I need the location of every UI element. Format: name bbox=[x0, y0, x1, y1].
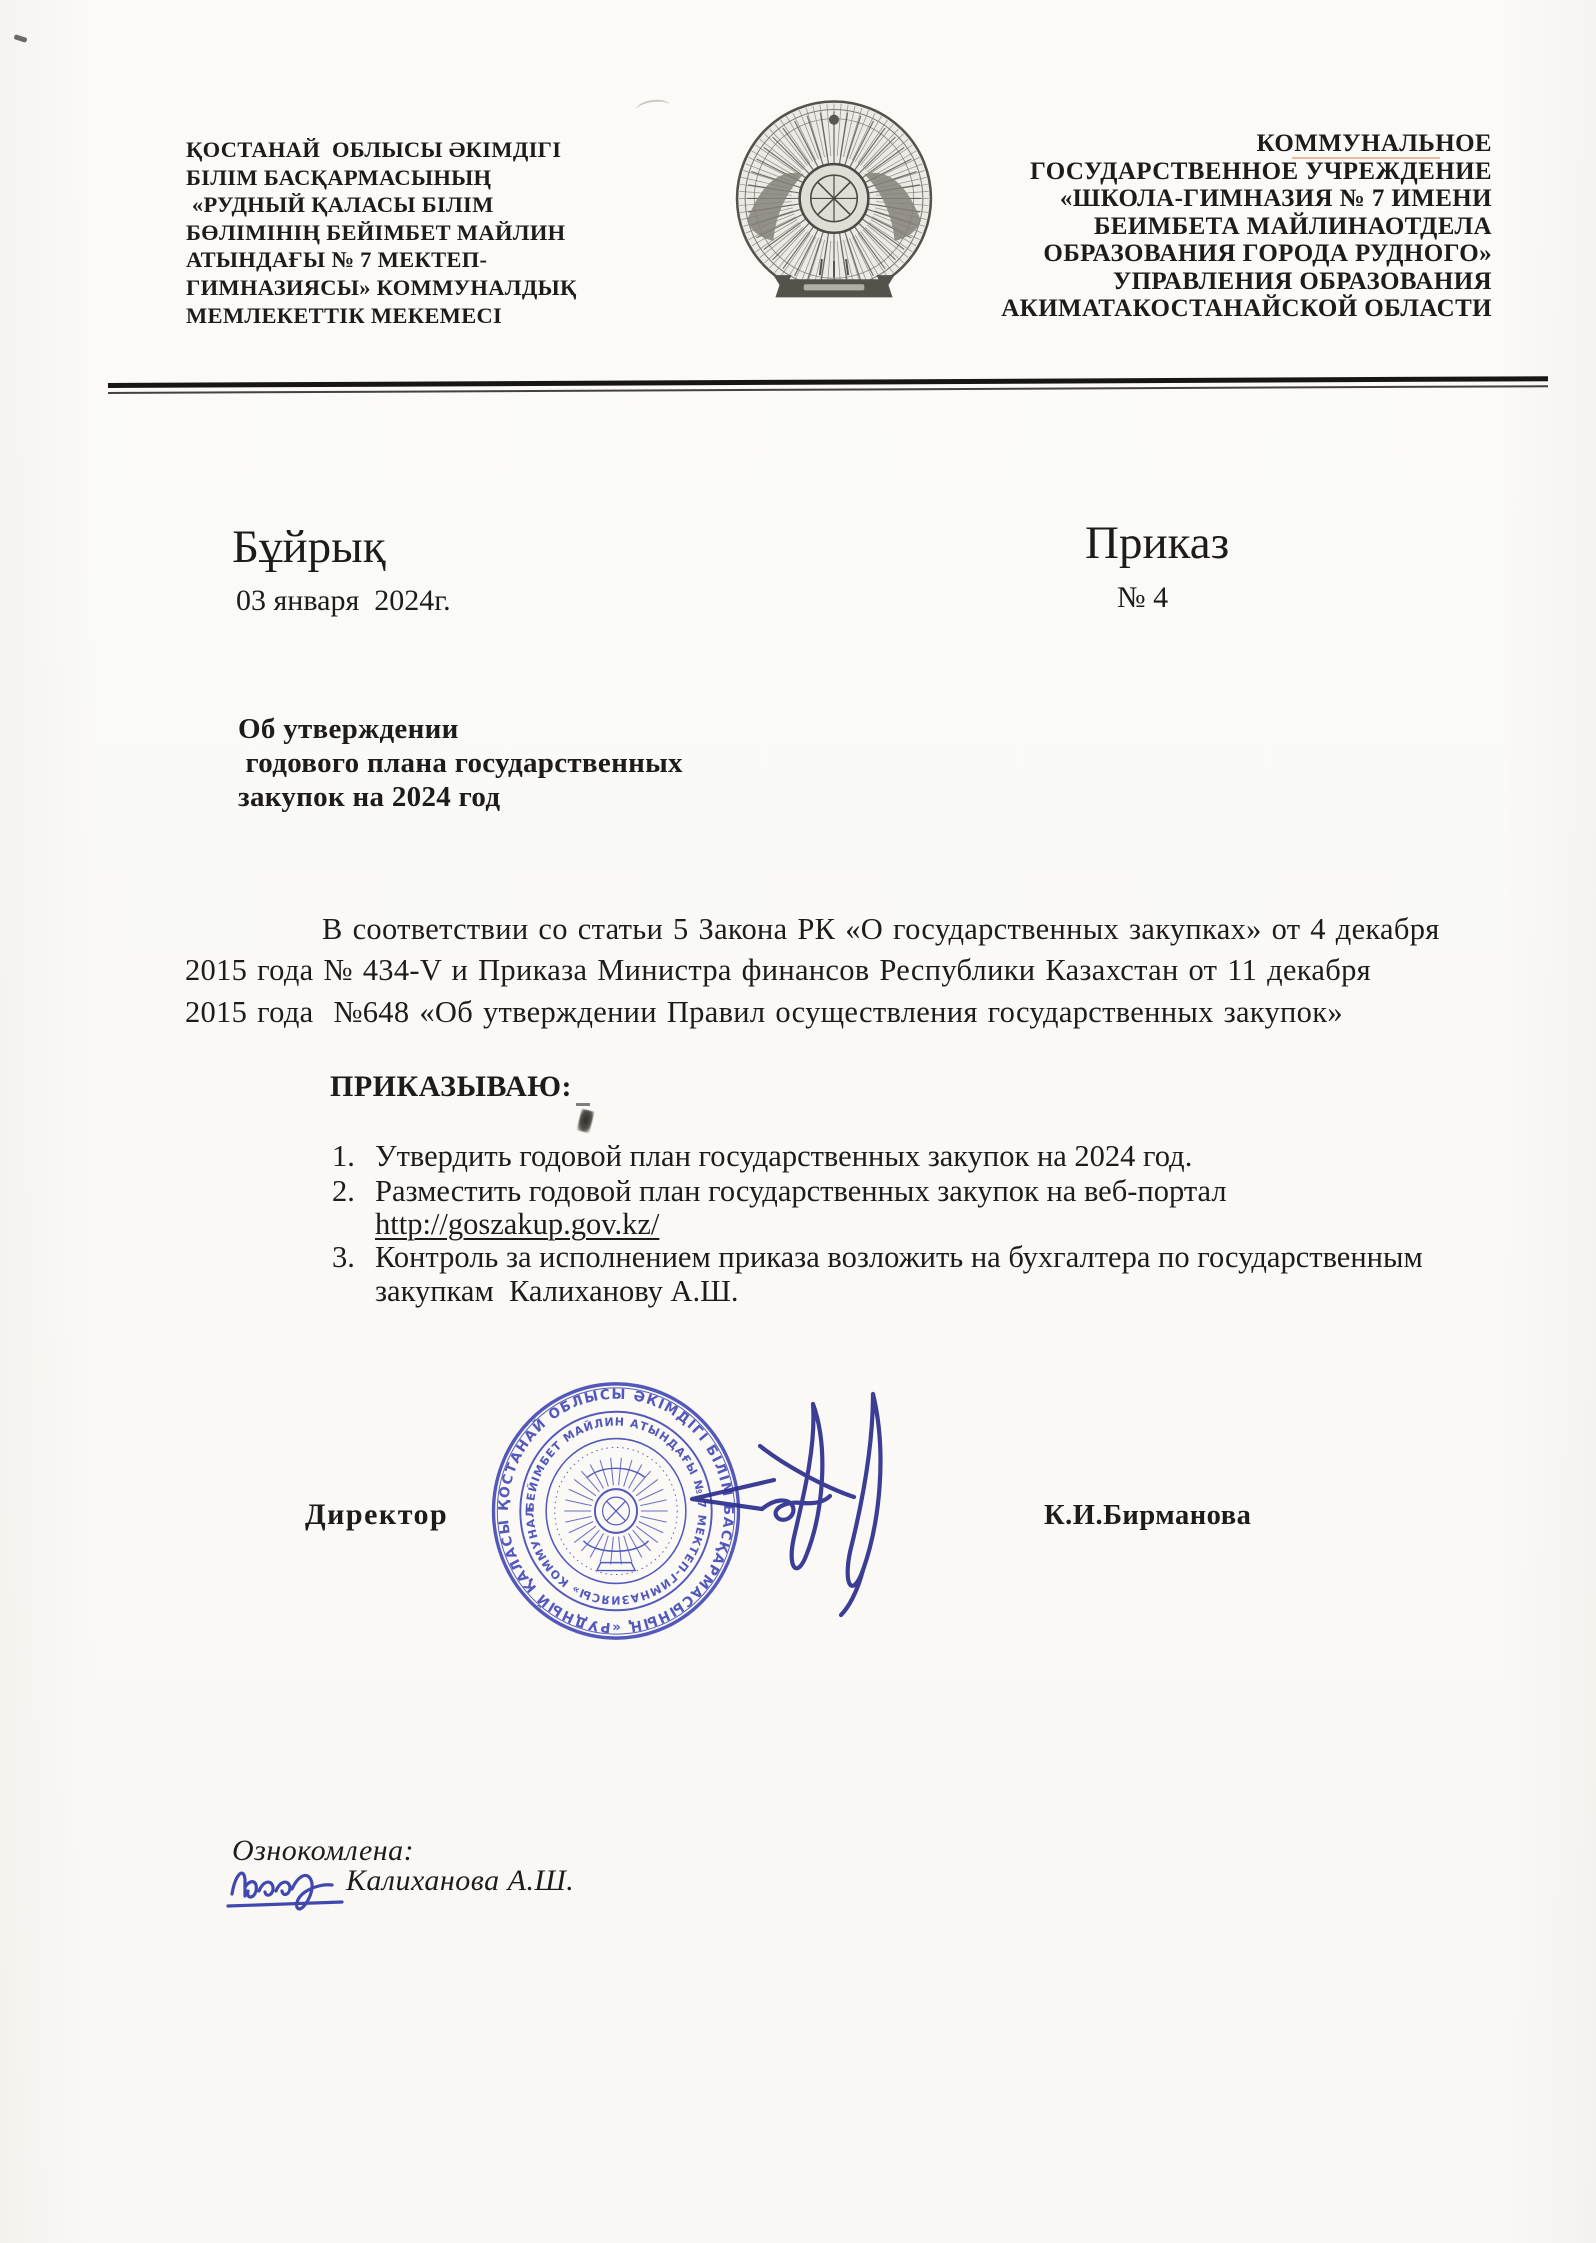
ink-smudge-dash bbox=[576, 1103, 590, 1106]
scan-speck bbox=[635, 98, 671, 119]
org-kk-line: ГИМНАЗИЯСЫ» КОММУНАЛДЫҚ bbox=[186, 274, 577, 302]
order-subject: Об утверждении годового плана государств… bbox=[238, 712, 683, 814]
item-2-number: 2. bbox=[332, 1174, 366, 1208]
org-ru-line: «ШКОЛА-ГИМНАЗИЯ № 7 ИМЕНИ bbox=[900, 185, 1492, 213]
item-3-text-continued: закупкам Калиханову А.Ш. bbox=[375, 1274, 739, 1308]
header-divider bbox=[108, 376, 1548, 394]
org-kk-line: ҚОСТАНАЙ ОБЛЫСЫ ӘКІМДІГІ bbox=[186, 136, 577, 164]
item-1-number: 1. bbox=[332, 1139, 366, 1173]
order-title-russian: Приказ bbox=[1085, 517, 1229, 570]
org-name-kazakh: ҚОСТАНАЙ ОБЛЫСЫ ӘКІМДІГІ БІЛІМ БАСҚАРМАС… bbox=[186, 136, 577, 329]
intro-paragraph: В соответствии со статьи 5 Закона РК «О … bbox=[185, 909, 1480, 1033]
subject-line: закупок на 2024 год bbox=[238, 780, 683, 814]
acknowledgement-signature bbox=[226, 1854, 358, 1912]
org-kk-line: БӨЛІМІНІҢ БЕЙІМБЕТ МАЙЛИН bbox=[186, 219, 577, 247]
acknowledged-name: Калиханова А.Ш. bbox=[346, 1864, 574, 1898]
item-2-link-row: http://goszakup.gov.kz/ bbox=[375, 1207, 659, 1241]
resolve-word: ПРИКАЗЫВАЮ: bbox=[330, 1070, 572, 1104]
scanned-order-document: ҚОСТАНАЙ ОБЛЫСЫ ӘКІМДІГІ БІЛІМ БАСҚАРМАС… bbox=[0, 0, 1596, 2243]
org-kk-line: АТЫНДАҒЫ № 7 МЕКТЕП- bbox=[186, 246, 577, 274]
item-3-number: 3. bbox=[332, 1240, 366, 1274]
scan-speck bbox=[14, 34, 28, 43]
item-3-text: Контроль за исполнением приказа возложит… bbox=[375, 1240, 1423, 1274]
org-ru-line: ОБРАЗОВАНИЯ ГОРОДА РУДНОГО» bbox=[900, 240, 1492, 268]
ink-smudge bbox=[574, 1103, 596, 1137]
org-kk-line: БІЛІМ БАСҚАРМАСЫНЫҢ bbox=[186, 164, 577, 192]
order-title-kazakh: Бұйрық bbox=[232, 521, 386, 574]
org-kk-line: «РУДНЫЙ ҚАЛАСЫ БІЛІМ bbox=[186, 191, 577, 219]
org-ru-line: БЕИМБЕТА МАЙЛИНАОТДЕЛА bbox=[900, 213, 1492, 241]
item-2-text: Разместить годовой план государственных … bbox=[375, 1174, 1227, 1208]
ink-smudge-blob bbox=[577, 1109, 595, 1133]
director-name: К.И.Бирманова bbox=[1044, 1500, 1251, 1532]
order-date: 03 января 2024г. bbox=[236, 584, 451, 618]
order-number: № 4 bbox=[1117, 581, 1168, 615]
director-signature bbox=[676, 1390, 916, 1618]
director-label: Директор bbox=[305, 1498, 448, 1532]
subject-line: годового плана государственных bbox=[238, 746, 683, 780]
org-ru-line: КОММУНАЛЬНОЕ bbox=[900, 130, 1492, 158]
intro-line: В соответствии со статьи 5 Закона РК «О … bbox=[185, 909, 1480, 950]
goszakup-link[interactable]: http://goszakup.gov.kz/ bbox=[375, 1207, 659, 1241]
org-name-russian: КОММУНАЛЬНОЕ ГОСУДАРСТВЕННОЕ УЧРЕЖДЕНИЕ … bbox=[900, 130, 1492, 323]
org-ru-line: УПРАВЛЕНИЯ ОБРАЗОВАНИЯ bbox=[900, 268, 1492, 296]
item-1-text: Утвердить годовой план государственных з… bbox=[375, 1139, 1192, 1173]
subject-line: Об утверждении bbox=[238, 712, 683, 746]
org-ru-line: ГОСУДАРСТВЕННОЕ УЧРЕЖДЕНИЕ bbox=[900, 158, 1492, 186]
intro-line: 2015 года №648 «Об утверждении Правил ос… bbox=[185, 992, 1480, 1033]
org-kk-line: МЕМЛЕКЕТТІК МЕКЕМЕСІ bbox=[186, 302, 577, 330]
org-ru-line: АКИМАТАКОСТАНАЙСКОЙ ОБЛАСТИ bbox=[900, 295, 1492, 323]
intro-line: 2015 года № 434-V и Приказа Министра фин… bbox=[185, 950, 1480, 991]
